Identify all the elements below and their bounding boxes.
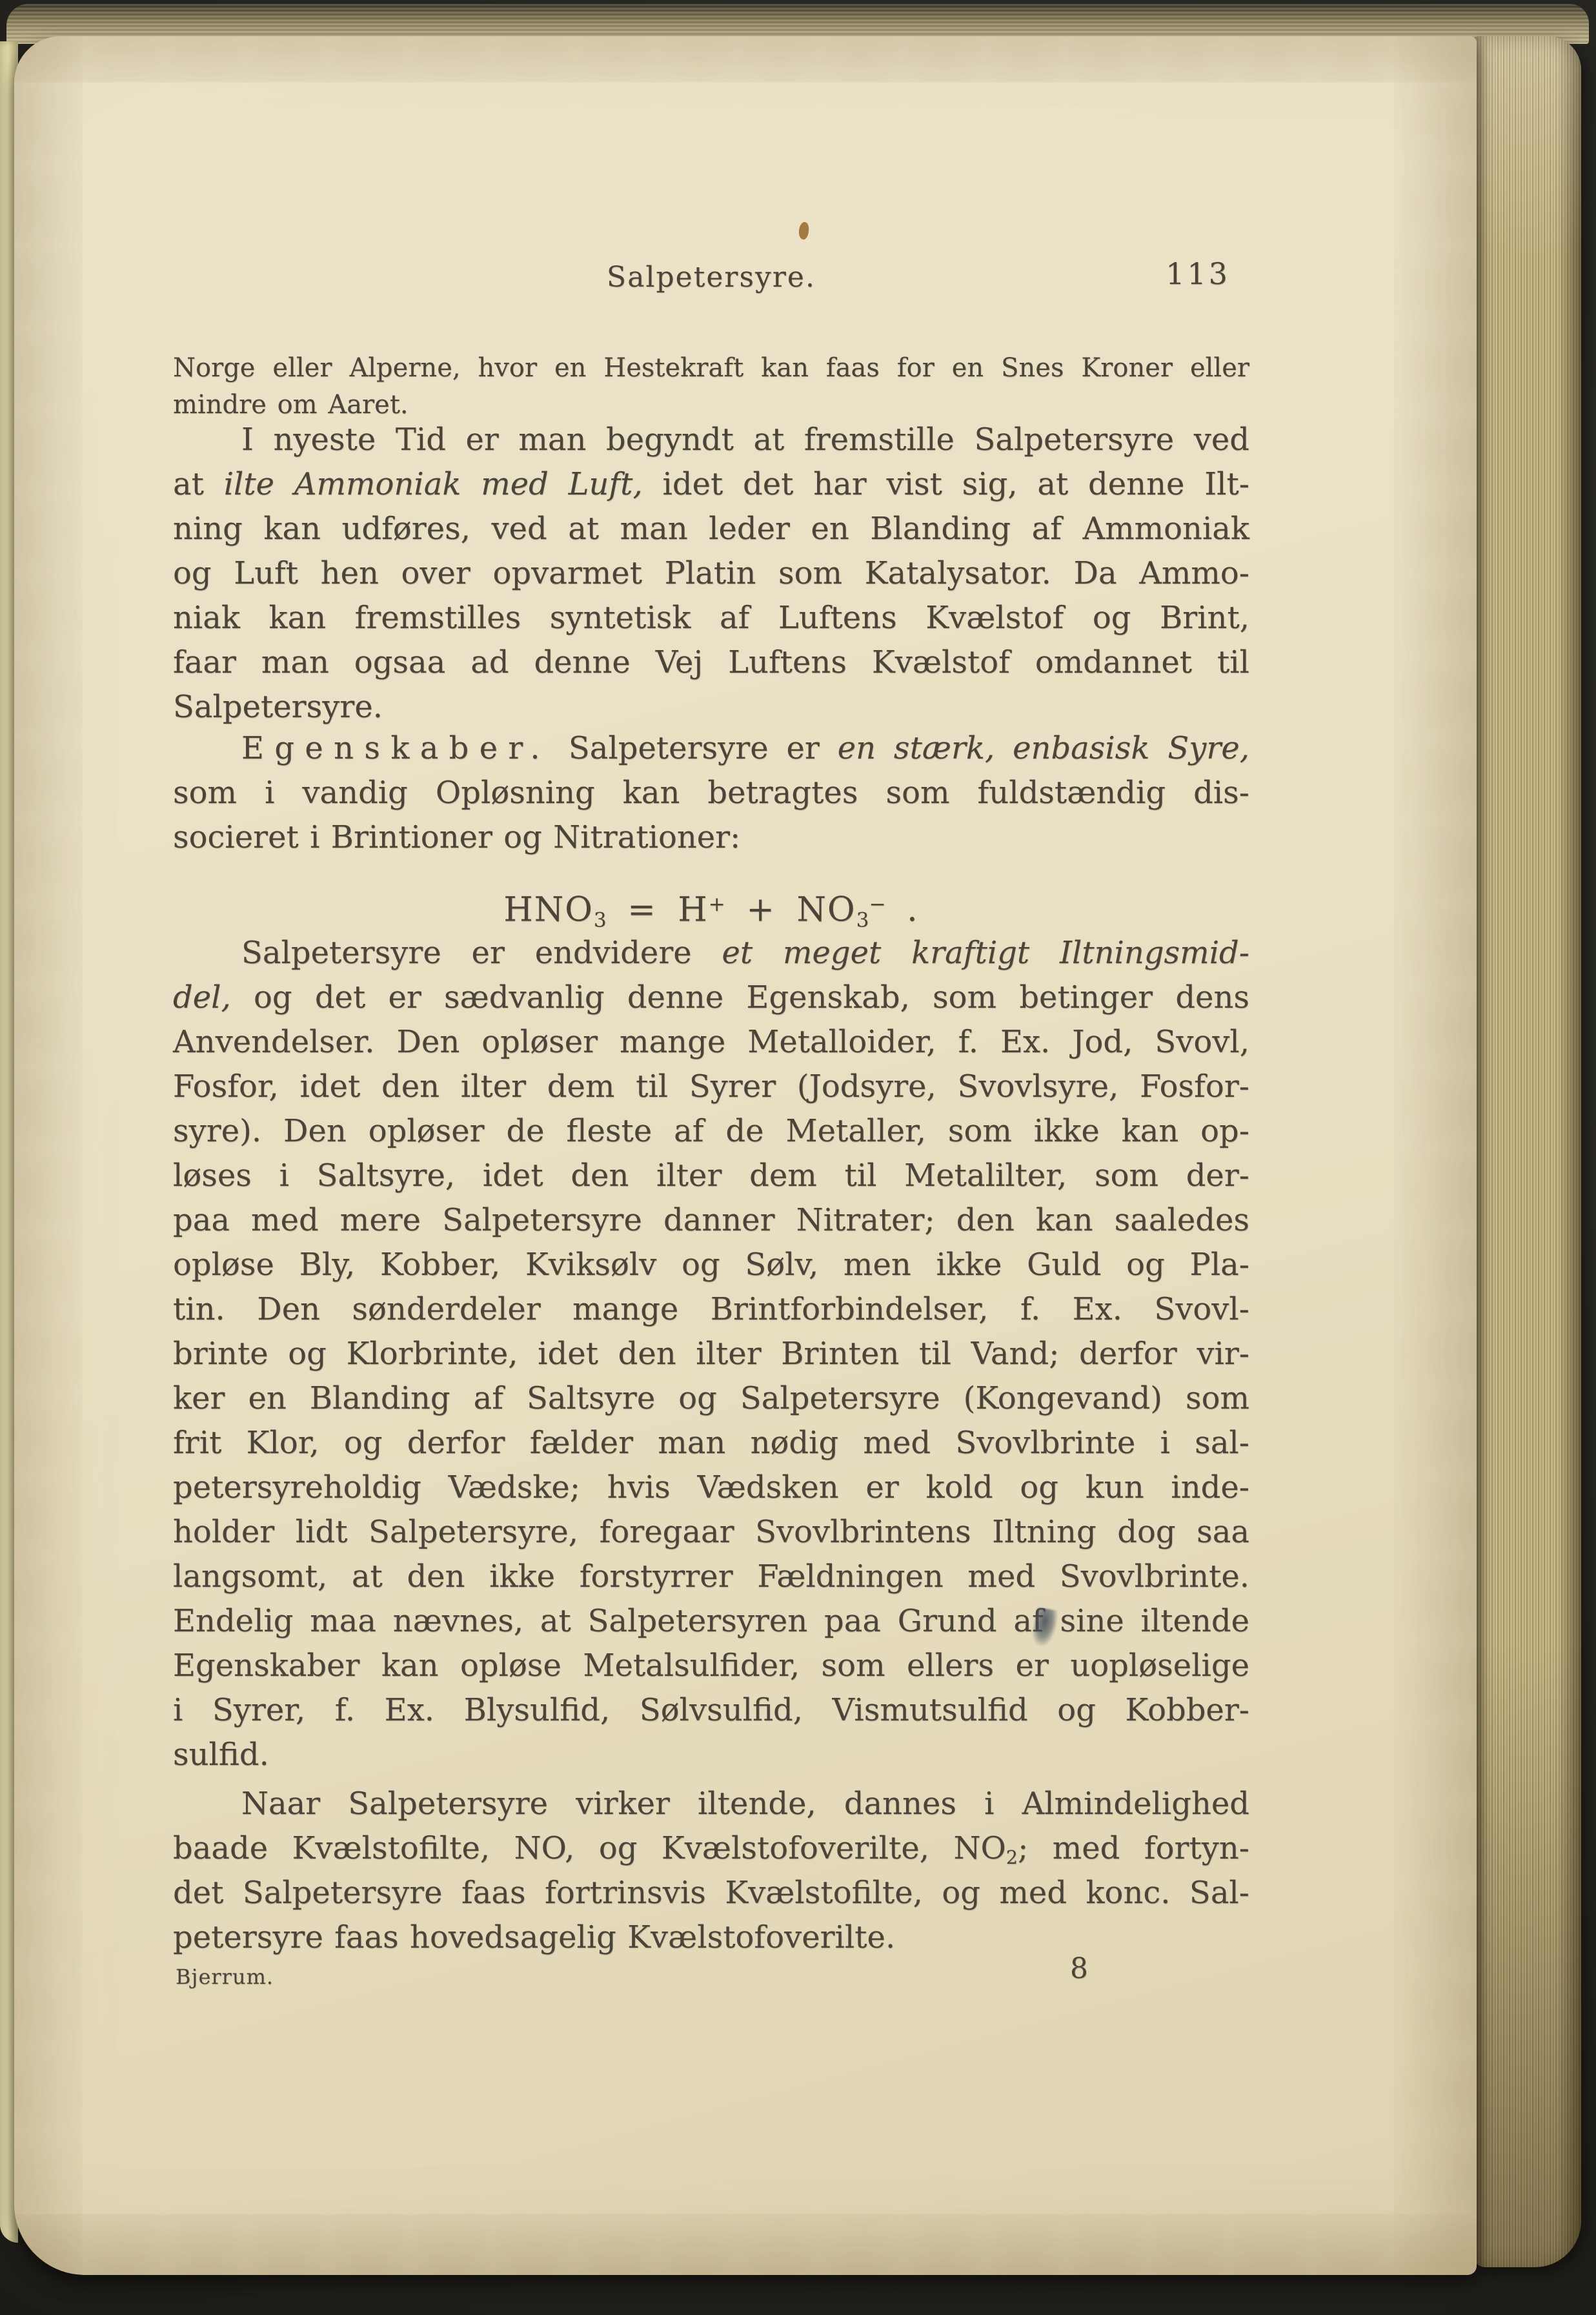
text-line: tin. Den sønderdeler mange Brintforbinde… — [173, 1287, 1249, 1332]
paragraph-nitrogen-oxides: Naar Salpetersyre virker iltende, dannes… — [173, 1782, 1249, 1960]
text-run: Endelig maa nævnes, at Salpetersyren paa… — [173, 1603, 1249, 1639]
text-run: + NO — [725, 891, 856, 930]
text-line: del, og det er sædvanlig denne Egenskab,… — [173, 975, 1249, 1020]
text-run: tin. Den sønderdeler mange Brintforbinde… — [173, 1291, 1249, 1327]
superscript: − — [869, 893, 885, 916]
subscript: 2 — [1006, 1846, 1018, 1868]
text-line: niak kan fremstilles syntetisk af Luften… — [173, 596, 1249, 640]
text-line: Naar Salpetersyre virker iltende, dannes… — [173, 1782, 1249, 1826]
text-line: Fosfor, idet den ilter dem til Syrer (Jo… — [173, 1065, 1249, 1109]
text-line: og Luft hen over opvarmet Platin som Kat… — [173, 551, 1249, 596]
text-column: Salpetersyre. 113 Norge eller Alperne, h… — [173, 0, 1249, 2315]
text-line: at ilte Ammoniak med Luft, idet det har … — [173, 462, 1249, 507]
text-line: Egenskaber kan opløse Metalsulfider, som… — [173, 1644, 1249, 1688]
text-line: paa med mere Salpetersyre danner Nitrate… — [173, 1198, 1249, 1243]
text-line: langsomt, at den ikke forstyrrer Fældnin… — [173, 1555, 1249, 1599]
text-run: baade Kvælstofilte, NO, og Kvælstofoveri… — [173, 1830, 1006, 1866]
superscript: + — [709, 893, 725, 916]
text-run: som i vandig Opløsning kan betragtes som… — [173, 775, 1249, 811]
text-line: ker en Blanding af Saltsyre og Salpeters… — [173, 1376, 1249, 1421]
text-line: syre). Den opløser de fleste af de Metal… — [173, 1109, 1249, 1154]
text-run: i Syrer, f. Ex. Blysulfid, Sølvsulfid, V… — [173, 1692, 1249, 1728]
text-line: I nyeste Tid er man begyndt at fremstill… — [173, 418, 1249, 462]
text-run: HNO — [503, 891, 593, 930]
page-number: 113 — [1166, 254, 1230, 293]
subscript: 3 — [856, 908, 869, 932]
text-run: petersyre faas hovedsagelig Kvælstofover… — [173, 1919, 895, 1955]
text-run: brinte og Klorbrinte, idet den ilter Bri… — [173, 1336, 1249, 1372]
text-run: paa med mere Salpetersyre danner Nitrate… — [173, 1202, 1249, 1238]
text-run: syre). Den opløser de fleste af de Metal… — [173, 1113, 1249, 1149]
text-run: Naar Salpetersyre virker iltende, dannes… — [241, 1786, 1249, 1822]
text-run: sulfid. — [173, 1737, 269, 1773]
text-run: socieret i Brintioner og Nitrationer: — [173, 819, 740, 855]
fore-edge-page-stack — [1471, 36, 1581, 2267]
italic-run: en stærk, enbasisk Syre, — [838, 730, 1249, 766]
text-run: Anvendelser. Den opløser mange Metalloid… — [173, 1024, 1249, 1060]
text-run: ning kan udføres, ved at man leder en Bl… — [173, 511, 1249, 547]
text-line: sulfid. — [173, 1733, 1249, 1777]
text-line: som i vandig Opløsning kan betragtes som… — [173, 771, 1249, 815]
text-run: Egenskaber kan opløse Metalsulfider, som… — [173, 1647, 1249, 1684]
text-run: det Salpetersyre faas fortrinsvis Kvælst… — [173, 1875, 1249, 1911]
text-run: Salpetersyre er — [551, 730, 838, 766]
text-line: løses i Saltsyre, idet den ilter dem til… — [173, 1154, 1249, 1198]
italic-run: del, — [173, 979, 231, 1015]
text-line: i Syrer, f. Ex. Blysulfid, Sølvsulfid, V… — [173, 1688, 1249, 1733]
text-line: frit Klor, og derfor fælder man nødig me… — [173, 1421, 1249, 1465]
text-line: Anvendelser. Den opløser mange Metalloid… — [173, 1020, 1249, 1065]
italic-run: ilte Ammoniak med Luft, — [224, 466, 643, 502]
text-run: niak kan fremstilles syntetisk af Luften… — [173, 600, 1249, 636]
text-line: det Salpetersyre faas fortrinsvis Kvælst… — [173, 1871, 1249, 1915]
chemical-equation: HNO3 = H+ + NO3− . — [173, 875, 1249, 933]
continuation-note: Norge eller Alperne, hvor en Hestekraft … — [173, 350, 1249, 423]
paragraph-production: I nyeste Tid er man begyndt at fremstill… — [173, 418, 1249, 729]
text-run: løses i Saltsyre, idet den ilter dem til… — [173, 1157, 1249, 1194]
text-run: holder lidt Salpetersyre, foregaar Svovl… — [173, 1514, 1249, 1550]
italic-run: et meget kraftigt Iltningsmid- — [722, 935, 1249, 971]
text-line: ning kan udføres, ved at man leder en Bl… — [173, 507, 1249, 551]
text-line: Egenskaber. Salpetersyre er en stærk, en… — [173, 726, 1249, 771]
author-signature: Bjerrum. — [176, 1964, 274, 1989]
text-line: opløse Bly, Kobber, Kviksølv og Sølv, me… — [173, 1243, 1249, 1287]
text-run: faar man ogsaa ad denne Vej Luftens Kvæl… — [173, 644, 1249, 680]
text-run: idet det har vist sig, at denne Ilt- — [643, 466, 1249, 502]
page-title: Salpetersyre. — [607, 261, 816, 294]
sheet-number: 8 — [1070, 1952, 1088, 1985]
text-run: Salpetersyre er endvidere — [241, 935, 722, 971]
text-run: Egenskaber. — [241, 730, 551, 766]
text-line: Endelig maa nævnes, at Salpetersyren paa… — [173, 1599, 1249, 1644]
text-run: petersyreholdig Vædske; hvis Vædsken er … — [173, 1469, 1249, 1505]
text-run: og det er sædvanlig denne Egenskab, som … — [231, 979, 1249, 1015]
subscript: 3 — [594, 908, 607, 932]
text-line: baade Kvælstofilte, NO, og Kvælstofoveri… — [173, 1826, 1249, 1871]
text-run: I nyeste Tid er man begyndt at fremstill… — [241, 422, 1249, 458]
text-run: og Luft hen over opvarmet Platin som Kat… — [173, 555, 1249, 591]
text-run: . — [886, 891, 919, 930]
text-run: Salpetersyre. — [173, 689, 383, 725]
text-line: brinte og Klorbrinte, idet den ilter Bri… — [173, 1332, 1249, 1376]
text-run: Fosfor, idet den ilter dem til Syrer (Jo… — [173, 1068, 1249, 1105]
text-line: faar man ogsaa ad denne Vej Luftens Kvæl… — [173, 640, 1249, 685]
paragraph-oxidizer: Salpetersyre er endvidere et meget kraft… — [173, 931, 1249, 1777]
text-line: socieret i Brintioner og Nitrationer: — [173, 815, 1249, 860]
text-line: petersyreholdig Vædske; hvis Vædsken er … — [173, 1465, 1249, 1510]
text-run: ker en Blanding af Saltsyre og Salpeters… — [173, 1380, 1249, 1416]
text-run: at — [173, 466, 224, 502]
text-line: holder lidt Salpetersyre, foregaar Svovl… — [173, 1510, 1249, 1555]
text-run: frit Klor, og derfor fælder man nødig me… — [173, 1425, 1249, 1461]
text-run: = H — [607, 891, 709, 930]
paragraph-properties: Egenskaber. Salpetersyre er en stærk, en… — [173, 726, 1249, 860]
text-run: opløse Bly, Kobber, Kviksølv og Sølv, me… — [173, 1247, 1249, 1283]
text-run: ; med fortyn- — [1018, 1830, 1249, 1866]
text-line: Salpetersyre. — [173, 685, 1249, 729]
text-line: Salpetersyre er endvidere et meget kraft… — [173, 931, 1249, 975]
note-line: Norge eller Alperne, hvor en Hestekraft … — [173, 350, 1249, 387]
running-header: Salpetersyre. 113 — [173, 258, 1249, 298]
text-run: langsomt, at den ikke forstyrrer Fældnin… — [173, 1558, 1249, 1595]
